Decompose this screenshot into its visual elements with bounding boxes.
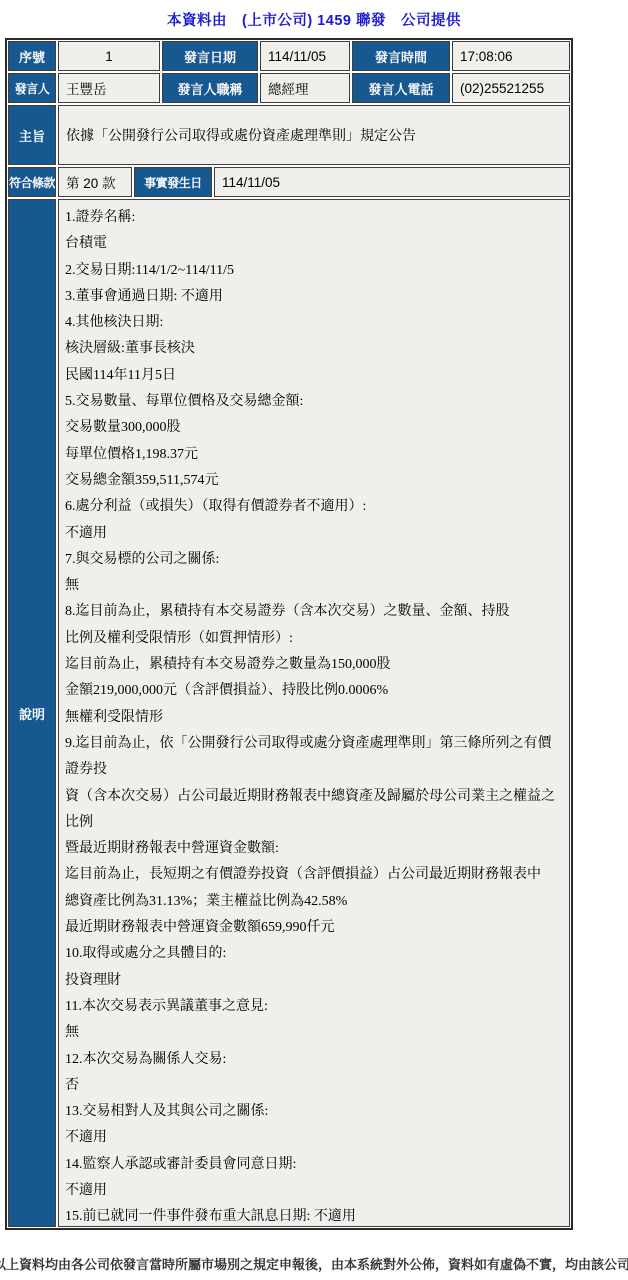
row-clause: 符合條款 第 20 款 事實發生日 114/11/05 [8, 167, 570, 197]
speaker-title-value: 總經理 [260, 73, 350, 103]
row-description: 說明 1.證券名稱: 台積電 2.交易日期:114/1/2~114/11/5 3… [8, 199, 570, 1227]
speaker-phone-label: 發言人電話 [352, 73, 450, 103]
clause-value: 第 20 款 [58, 167, 132, 197]
subject-value: 依據「公開發行公司取得或處份資產處理準則」規定公告 [58, 105, 570, 165]
speak-date-label: 發言日期 [162, 41, 258, 71]
clause-label: 符合條款 [8, 167, 56, 197]
announcement-table: 序號 1 發言日期 114/11/05 發言時間 17:08:06 發言人 王豐… [5, 38, 573, 1230]
fact-date-value: 114/11/05 [214, 167, 570, 197]
speaker-label: 發言人 [8, 73, 56, 103]
row-subject: 主旨 依據「公開發行公司取得或處份資產處理準則」規定公告 [8, 105, 570, 165]
speaker-phone-value: (02)25521255 [452, 73, 570, 103]
fact-date-label: 事實發生日 [134, 167, 212, 197]
speak-time-value: 17:08:06 [452, 41, 570, 71]
footer-disclaimer: 以上資料均由各公司依發言當時所屬市場別之規定申報後，由本系統對外公佈，資料如有虛… [0, 1254, 628, 1273]
sequence-label: 序號 [8, 41, 56, 71]
description-label: 說明 [8, 199, 56, 1227]
page-title: 本資料由 (上市公司) 1459 聯發 公司提供 [0, 0, 628, 30]
sequence-value: 1 [58, 41, 160, 71]
speak-date-value: 114/11/05 [260, 41, 350, 71]
speaker-value: 王豐岳 [58, 73, 160, 103]
subject-label: 主旨 [8, 105, 56, 165]
row-sequence: 序號 1 發言日期 114/11/05 發言時間 17:08:06 [8, 41, 570, 71]
speaker-title-label: 發言人職稱 [162, 73, 258, 103]
speak-time-label: 發言時間 [352, 41, 450, 71]
row-speaker: 發言人 王豐岳 發言人職稱 總經理 發言人電話 (02)25521255 [8, 73, 570, 103]
description-content: 1.證券名稱: 台積電 2.交易日期:114/1/2~114/11/5 3.董事… [58, 199, 570, 1227]
